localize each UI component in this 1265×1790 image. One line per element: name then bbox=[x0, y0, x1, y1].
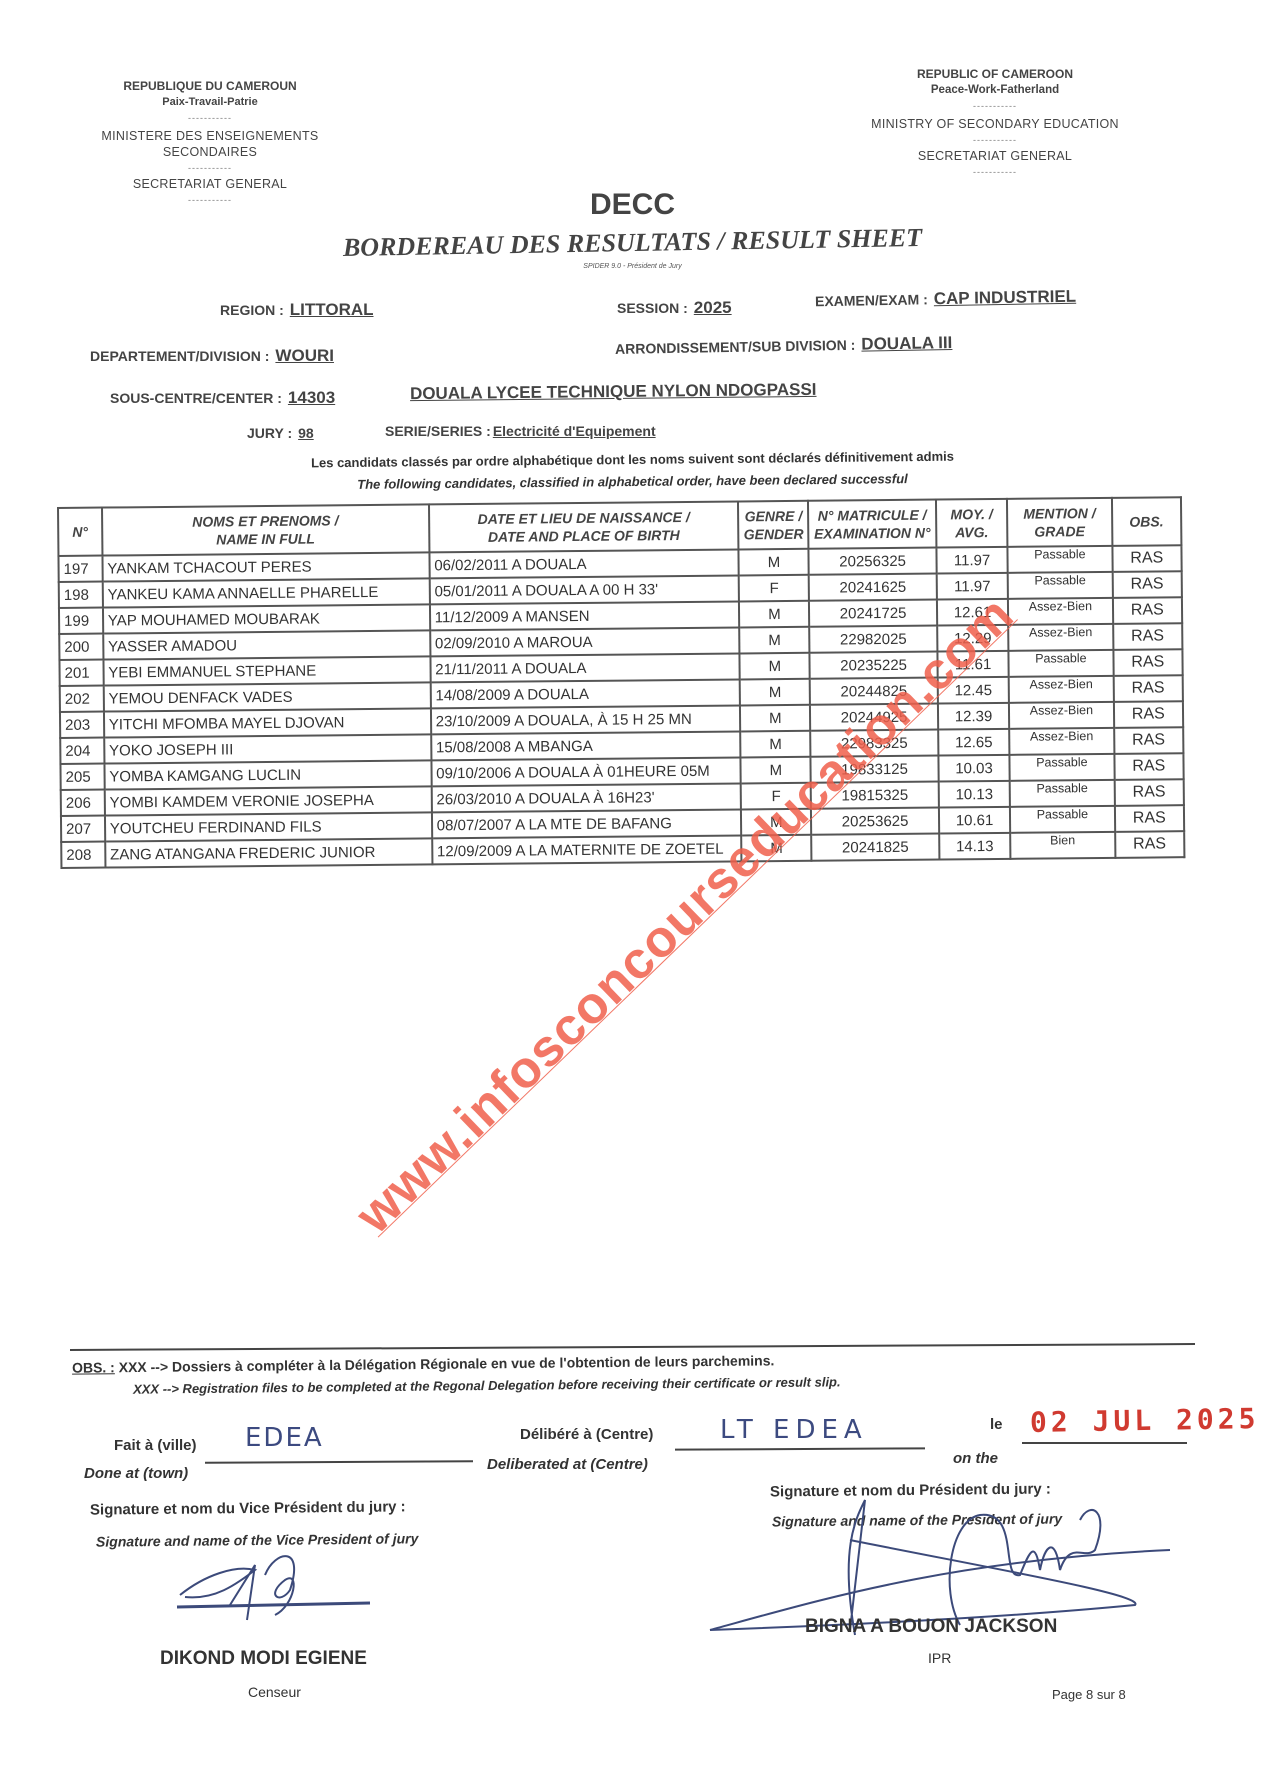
president-role: IPR bbox=[928, 1650, 951, 1666]
president-name: BIGNA A BOUON JACKSON bbox=[805, 1616, 1057, 1638]
separator: ----------- bbox=[860, 132, 1130, 146]
series-label: SERIE/SERIES : bbox=[385, 423, 491, 439]
cell-obs: RAS bbox=[1114, 805, 1184, 832]
exam-value: CAP INDUSTRIEL bbox=[934, 287, 1077, 308]
col-avg: MOY. /AVG. bbox=[936, 499, 1008, 548]
cell-birth: 11/12/2009 A MANSEN bbox=[430, 601, 740, 630]
jury-value: 98 bbox=[298, 425, 314, 441]
cell-grade: Passable bbox=[1009, 650, 1114, 677]
cell-num: 203 bbox=[60, 712, 104, 738]
cell-grade: Passable bbox=[1010, 780, 1115, 807]
series-value: Electricité d'Equipement bbox=[493, 423, 656, 439]
cell-obs: RAS bbox=[1113, 649, 1183, 676]
cell-birth: 14/08/2009 A DOUALA bbox=[430, 679, 740, 708]
cell-name: ZANG ATANGANA FREDERIC JUNIOR bbox=[105, 838, 432, 867]
separator: ----------- bbox=[860, 164, 1130, 178]
cell-gender: M bbox=[740, 679, 810, 706]
session-field: SESSION :2025 bbox=[617, 298, 732, 318]
cell-obs: RAS bbox=[1114, 753, 1184, 780]
cell-gender: M bbox=[739, 549, 809, 576]
cell-grade: Passable bbox=[1010, 754, 1115, 781]
cell-num: 197 bbox=[58, 556, 102, 582]
separator: ----------- bbox=[60, 160, 360, 174]
center-name: DOUALA LYCEE TECHNIQUE NYLON NDOGPASSI bbox=[410, 380, 817, 403]
cell-obs: RAS bbox=[1112, 545, 1182, 572]
done-at-line bbox=[205, 1460, 473, 1463]
cell-grade: Assez-Bien bbox=[1009, 728, 1114, 755]
date-label-en: on the bbox=[953, 1450, 998, 1467]
deliberated-label-en: Deliberated at (Centre) bbox=[487, 1456, 648, 1473]
cell-name: YEBI EMMANUEL STEPHANE bbox=[103, 656, 430, 685]
cell-name: YANKAM TCHACOUT PERES bbox=[102, 552, 429, 581]
vice-president-role: Censeur bbox=[248, 1684, 301, 1700]
obs-text-fr: XXX --> Dossiers à compléter à la Déléga… bbox=[119, 1352, 775, 1375]
col-birth: DATE ET LIEU DE NAISSANCE /DATE AND PLAC… bbox=[429, 501, 739, 552]
done-at-label-en: Done at (town) bbox=[84, 1465, 188, 1482]
ministry-fr: MINISTERE DES ENSEIGNEMENTS SECONDAIRES bbox=[60, 128, 360, 160]
vice-sig-label-fr: Signature et nom du Vice Président du ju… bbox=[90, 1498, 406, 1518]
cell-name: YOKO JOSEPH III bbox=[104, 734, 431, 763]
cell-avg: 10.03 bbox=[938, 755, 1010, 782]
separator: ----------- bbox=[860, 98, 1130, 112]
vice-president-signature bbox=[175, 1545, 375, 1625]
center-code: 14303 bbox=[288, 388, 335, 407]
division-value: WOURI bbox=[275, 346, 334, 365]
cell-gender: M bbox=[741, 731, 811, 758]
col-num: N° bbox=[58, 508, 102, 556]
cell-matricule: 20256325 bbox=[809, 548, 937, 575]
cell-birth: 15/08/2008 A MBANGA bbox=[431, 731, 741, 760]
cell-birth: 23/10/2009 A DOUALA, À 15 H 25 MN bbox=[431, 705, 741, 734]
division-label: DEPARTEMENT/DIVISION : bbox=[90, 348, 269, 364]
region-label: REGION : bbox=[220, 302, 284, 318]
cell-obs: RAS bbox=[1114, 727, 1184, 754]
secretariat-en: SECRETARIAT GENERAL bbox=[860, 148, 1130, 164]
cell-name: YOMBI KAMDEM VERONIE JOSEPHA bbox=[104, 786, 431, 815]
motto-fr: Paix-Travail-Patrie bbox=[60, 94, 360, 110]
cell-gender: M bbox=[740, 705, 810, 732]
cell-name: YOMBA KAMGANG LUCLIN bbox=[104, 760, 431, 789]
center-name-field: DOUALA LYCEE TECHNIQUE NYLON NDOGPASSI bbox=[410, 380, 817, 404]
deliberated-label-fr: Délibéré à (Centre) bbox=[520, 1426, 653, 1443]
cell-birth: 26/03/2010 A DOUALA À 16H23' bbox=[431, 783, 741, 812]
exam-label: EXAMEN/EXAM : bbox=[815, 291, 928, 309]
cell-num: 202 bbox=[60, 686, 104, 712]
document-title: BORDEREAU DES RESULTATS / RESULT SHEET bbox=[0, 217, 1265, 269]
cell-birth: 06/02/2011 A DOUALA bbox=[429, 549, 739, 578]
cell-avg: 14.13 bbox=[939, 833, 1011, 860]
obs-note-fr: OBS. : XXX --> Dossiers à compléter à la… bbox=[72, 1352, 774, 1375]
cell-obs: RAS bbox=[1113, 675, 1183, 702]
cell-birth: 09/10/2006 A DOUALA À 01HEURE 05M bbox=[431, 757, 741, 786]
col-obs: OBS. bbox=[1111, 497, 1181, 546]
cell-grade: Passable bbox=[1008, 546, 1113, 573]
done-at-value: EDEA bbox=[245, 1423, 324, 1453]
cell-gender: M bbox=[740, 627, 810, 654]
cell-grade: Passable bbox=[1010, 806, 1115, 833]
col-matricule: N° MATRICULE /EXAMINATION N° bbox=[808, 500, 936, 549]
cell-name: YITCHI MFOMBA MAYEL DJOVAN bbox=[104, 708, 431, 737]
series-field: SERIE/SERIES :Electricité d'Equipement bbox=[385, 423, 656, 440]
country-fr: REPUBLIQUE DU CAMEROUN bbox=[60, 78, 360, 94]
cell-num: 208 bbox=[61, 842, 105, 868]
division-field: DEPARTEMENT/DIVISION :WOURI bbox=[90, 346, 334, 366]
subdivision-value: DOUALA III bbox=[861, 333, 952, 354]
cell-gender: M bbox=[739, 601, 809, 628]
center-label: SOUS-CENTRE/CENTER : bbox=[110, 390, 282, 406]
date-line bbox=[1022, 1442, 1187, 1444]
cell-birth: 21/11/2011 A DOUALA bbox=[430, 653, 740, 682]
cell-num: 206 bbox=[61, 790, 105, 816]
cell-avg: 12.39 bbox=[938, 703, 1010, 730]
cell-num: 207 bbox=[61, 816, 105, 842]
col-name: NOMS ET PRENOMS /NAME IN FULL bbox=[102, 504, 429, 555]
header-right: REPUBLIC OF CAMEROON Peace-Work-Fatherla… bbox=[860, 66, 1130, 178]
cell-avg: 10.61 bbox=[939, 807, 1011, 834]
cell-birth: 02/09/2010 A MAROUA bbox=[430, 627, 740, 656]
cell-gender: M bbox=[740, 653, 810, 680]
center-field: SOUS-CENTRE/CENTER :14303 bbox=[110, 388, 335, 408]
cell-num: 199 bbox=[59, 608, 103, 634]
separator: ----------- bbox=[60, 110, 360, 124]
region-field: REGION :LITTORAL bbox=[220, 300, 374, 320]
obs-label: OBS. : bbox=[72, 1359, 115, 1375]
cell-matricule: 20241825 bbox=[811, 834, 939, 861]
date-value: 02 JUL 2025 bbox=[1030, 1402, 1260, 1439]
done-at-label-fr: Fait à (ville) bbox=[114, 1437, 197, 1454]
col-gender: GENRE /GENDER bbox=[738, 501, 808, 550]
cell-grade: Assez-Bien bbox=[1009, 676, 1114, 703]
cell-avg: 12.65 bbox=[938, 729, 1010, 756]
cell-birth: 12/09/2009 A LA MATERNITE DE ZOETEL bbox=[432, 835, 742, 864]
cell-num: 198 bbox=[59, 582, 103, 608]
vice-president-name: DIKOND MODI EGIENE bbox=[160, 1648, 367, 1670]
office-title: DECC bbox=[0, 188, 1265, 222]
cell-num: 200 bbox=[59, 634, 103, 660]
results-table: N° NOMS ET PRENOMS /NAME IN FULL DATE ET… bbox=[57, 496, 1185, 869]
cell-avg: 11.97 bbox=[936, 547, 1008, 574]
region-value: LITTORAL bbox=[290, 300, 374, 319]
country-en: REPUBLIC OF CAMEROON bbox=[860, 66, 1130, 82]
exam-field: EXAMEN/EXAM :CAP INDUSTRIEL bbox=[815, 287, 1076, 312]
date-label-fr: le bbox=[990, 1416, 1003, 1433]
cell-name: YAP MOUHAMED MOUBARAK bbox=[103, 604, 430, 633]
cell-name: YASSER AMADOU bbox=[103, 630, 430, 659]
session-label: SESSION : bbox=[617, 300, 688, 316]
cell-name: YOUTCHEU FERDINAND FILS bbox=[105, 812, 432, 841]
deliberated-value: LT EDEA bbox=[720, 1415, 868, 1445]
cell-obs: RAS bbox=[1115, 831, 1185, 858]
subdivision-label: ARRONDISSEMENT/SUB DIVISION : bbox=[615, 337, 856, 357]
cell-gender: F bbox=[739, 575, 809, 602]
cell-num: 205 bbox=[60, 764, 104, 790]
subdivision-field: ARRONDISSEMENT/SUB DIVISION :DOUALA III bbox=[615, 333, 953, 359]
jury-field: JURY :98 bbox=[247, 425, 314, 442]
cell-grade: Assez-Bien bbox=[1009, 702, 1114, 729]
ministry-en: MINISTRY OF SECONDARY EDUCATION bbox=[860, 116, 1130, 132]
page-number: Page 8 sur 8 bbox=[1052, 1687, 1126, 1702]
cell-birth: 05/01/2011 A DOUALA A 00 H 33' bbox=[429, 575, 739, 604]
cell-obs: RAS bbox=[1112, 571, 1182, 598]
motto-en: Peace-Work-Fatherland bbox=[860, 82, 1130, 98]
deliberated-line bbox=[675, 1447, 925, 1450]
jury-label: JURY : bbox=[247, 425, 292, 441]
cell-obs: RAS bbox=[1112, 597, 1182, 624]
cell-obs: RAS bbox=[1113, 701, 1183, 728]
cell-avg: 10.13 bbox=[938, 781, 1010, 808]
header-left: REPUBLIQUE DU CAMEROUN Paix-Travail-Patr… bbox=[60, 78, 360, 206]
cell-num: 201 bbox=[59, 660, 103, 686]
col-grade: MENTION /GRADE bbox=[1007, 498, 1112, 547]
cell-birth: 08/07/2007 A LA MTE DE BAFANG bbox=[432, 809, 742, 838]
cell-name: YEMOU DENFACK VADES bbox=[103, 682, 430, 711]
cell-obs: RAS bbox=[1113, 623, 1183, 650]
footer-divider bbox=[70, 1343, 1195, 1351]
cell-matricule: 20241725 bbox=[809, 600, 937, 627]
cell-obs: RAS bbox=[1114, 779, 1184, 806]
cell-grade: Bien bbox=[1010, 832, 1115, 859]
cell-matricule: 20241625 bbox=[809, 574, 937, 601]
cell-name: YANKEU KAMA ANNAELLE PHARELLE bbox=[102, 578, 429, 607]
obs-text-en: XXX --> Registration files to be complet… bbox=[133, 1374, 841, 1396]
cell-num: 204 bbox=[60, 738, 104, 764]
session-value: 2025 bbox=[694, 298, 732, 317]
document-subtitle: SPIDER 9.0 - Président de Jury bbox=[0, 263, 1265, 270]
cell-grade: Passable bbox=[1008, 572, 1113, 599]
